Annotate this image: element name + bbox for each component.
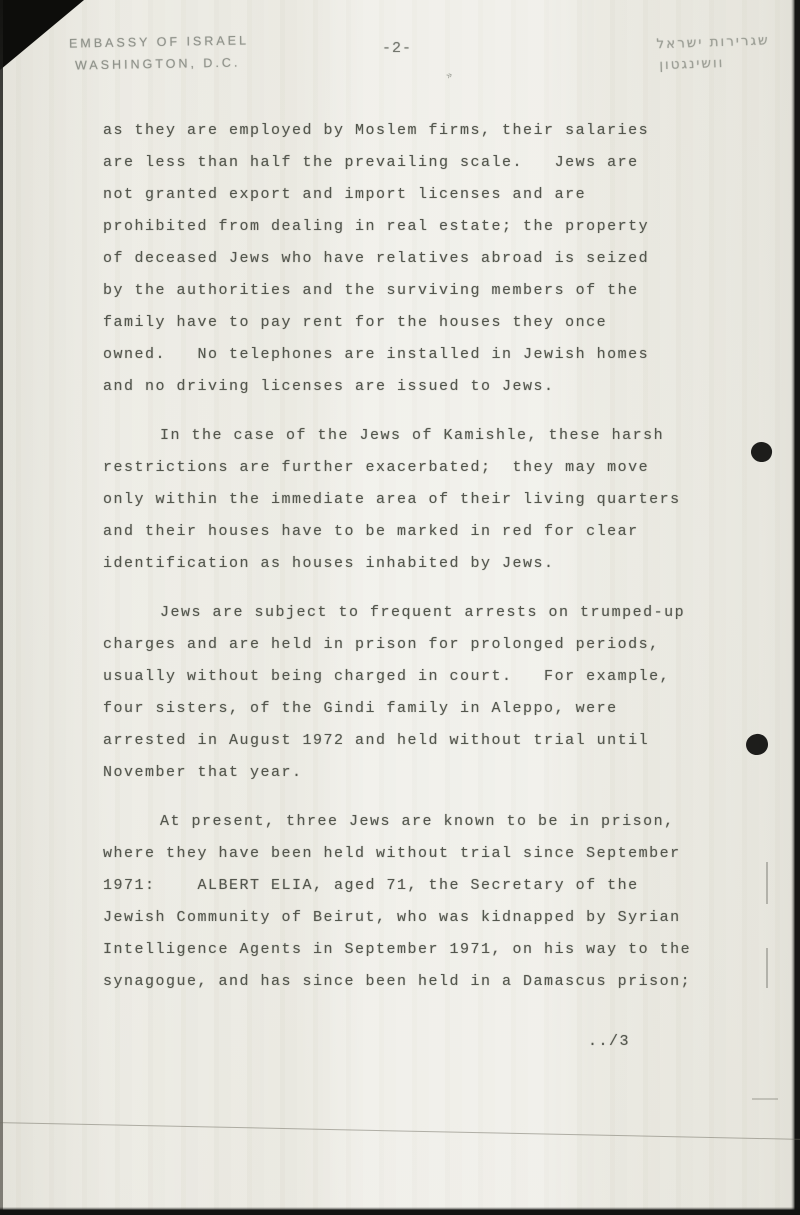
scan-edge-left	[0, 0, 3, 1215]
pencil-mark	[766, 862, 768, 904]
hebrew-letterhead-line1: שגרירות ישראל	[559, 32, 769, 55]
letterhead-line2: WASHINGTON, D.C.	[75, 56, 241, 73]
paragraph: At present, three Jews are known to be i…	[103, 806, 723, 998]
text-line: prohibited from dealing in real estate; …	[103, 211, 723, 243]
text-line: arrested in August 1972 and held without…	[103, 725, 723, 757]
stray-mark: »	[445, 70, 455, 83]
text-line: of deceased Jews who have relatives abro…	[103, 243, 723, 275]
text-line: synagogue, and has since been held in a …	[103, 966, 723, 998]
text-line: and no driving licenses are issued to Je…	[103, 371, 723, 403]
text-line: four sisters, of the Gindi family in Ale…	[103, 693, 723, 725]
document-body: as they are employed by Moslem firms, th…	[103, 115, 723, 998]
scan-edge-right	[791, 0, 800, 1215]
text-line: identification as houses inhabited by Je…	[103, 548, 723, 580]
text-line: restrictions are further exacerbated; th…	[103, 452, 723, 484]
letterhead-line1: EMBASSY OF ISRAEL	[69, 33, 249, 50]
hebrew-letterhead-line2: וושינגטון	[560, 55, 724, 77]
text-line: Intelligence Agents in September 1971, o…	[103, 934, 723, 966]
text-line: as they are employed by Moslem firms, th…	[103, 115, 723, 147]
text-line: November that year.	[103, 757, 723, 789]
text-line: are less than half the prevailing scale.…	[103, 147, 723, 179]
paragraph: In the case of the Jews of Kamishle, the…	[103, 420, 723, 580]
text-line: by the authorities and the surviving mem…	[103, 275, 723, 307]
sheet-bottom-edge-line	[0, 1122, 800, 1140]
page-number: -2-	[382, 40, 412, 57]
text-line: 1971: ALBERT ELIA, aged 71, the Secretar…	[103, 870, 723, 902]
pencil-mark	[766, 948, 768, 988]
text-line: family have to pay rent for the houses t…	[103, 307, 723, 339]
hole-punch-dot-bottom	[745, 733, 770, 757]
paragraph: Jews are subject to frequent arrests on …	[103, 597, 723, 789]
text-line: Jewish Community of Beirut, who was kidn…	[103, 902, 723, 934]
text-line: only within the immediate area of their …	[103, 484, 723, 516]
hole-punch-dot-top	[749, 440, 774, 464]
text-line: and their houses have to be marked in re…	[103, 516, 723, 548]
page-continuation-mark: ../3	[588, 1026, 630, 1058]
text-line: In the case of the Jews of Kamishle, the…	[103, 420, 723, 452]
text-line: At present, three Jews are known to be i…	[103, 806, 723, 838]
scanned-document-page: EMBASSY OF ISRAEL WASHINGTON, D.C. -2- ש…	[0, 0, 800, 1215]
text-line: charges and are held in prison for prolo…	[103, 629, 723, 661]
text-line: not granted export and import licenses a…	[103, 179, 723, 211]
text-line: Jews are subject to frequent arrests on …	[103, 597, 723, 629]
text-line: where they have been held without trial …	[103, 838, 723, 870]
text-line: usually without being charged in court. …	[103, 661, 723, 693]
hebrew-letterhead: שגרירות ישראל וושינגטון	[559, 32, 770, 76]
paper-speck	[752, 1098, 778, 1100]
scan-edge-bottom	[0, 1207, 800, 1215]
paragraph: as they are employed by Moslem firms, th…	[103, 115, 723, 403]
text-line: owned. No telephones are installed in Je…	[103, 339, 723, 371]
scan-corner-fold	[0, 0, 84, 70]
